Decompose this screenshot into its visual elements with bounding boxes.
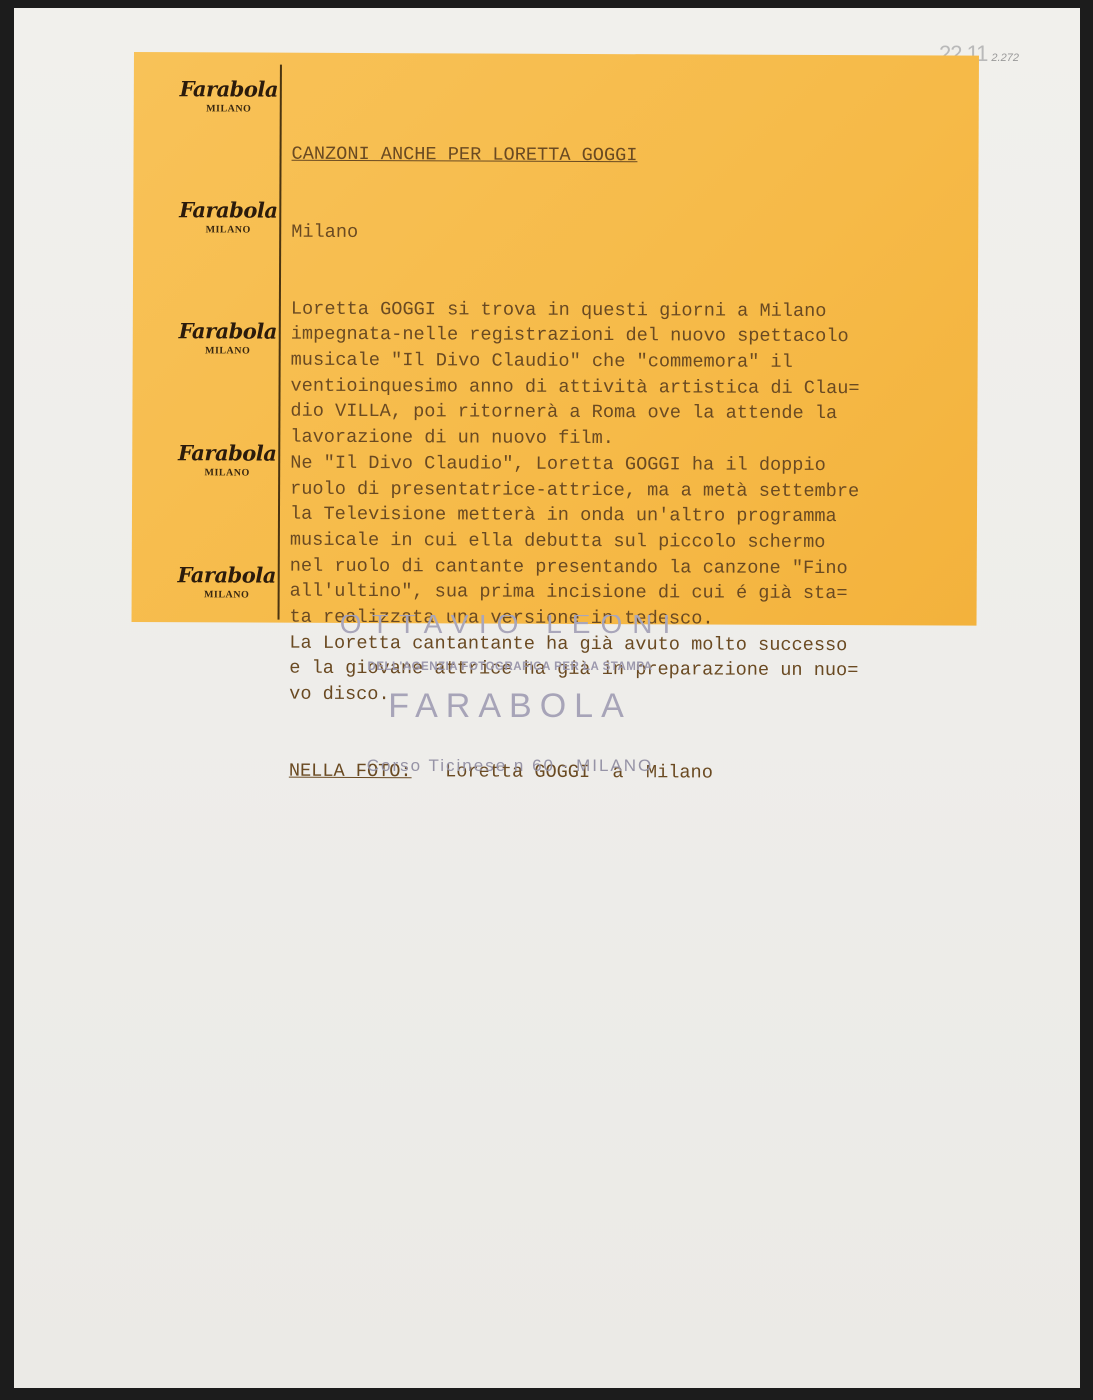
farabola-logo: Farabola MILANO <box>173 318 283 356</box>
logo-script: Farabola <box>172 562 282 587</box>
logo-script: Farabola <box>172 440 282 465</box>
stamp-brand: FARABOLA <box>330 687 690 726</box>
farabola-logo: Farabola MILANO <box>172 440 282 478</box>
caption-body-line: la Televisione metterà in onda un'altro … <box>290 502 980 531</box>
logo-city: MILANO <box>174 103 284 114</box>
logo-city: MILANO <box>173 345 283 356</box>
caption-dateline: Milano <box>291 219 981 248</box>
stamp-photographer: OTTAVIO LEONI <box>330 615 690 637</box>
logo-script: Farabola <box>173 197 283 222</box>
logo-city: MILANO <box>172 589 282 600</box>
farabola-logo: Farabola MILANO <box>174 76 284 114</box>
caption-body-line: dio VILLA, poi ritornerà a Roma ove la a… <box>290 399 980 428</box>
caption-title: CANZONI ANCHE PER LORETTA GOGGI <box>291 142 981 171</box>
caption-body-line: musicale "Il Divo Claudio" che "commemor… <box>291 348 981 377</box>
caption-body-line: ventioinquesimo anno di attività artisti… <box>290 373 980 402</box>
caption-body-line: ruolo di presentatrice-attrice, ma a met… <box>290 476 980 505</box>
farabola-logo: Farabola MILANO <box>172 562 282 600</box>
logo-script: Farabola <box>173 318 283 343</box>
caption-sheet: Farabola MILANO Farabola MILANO Farabola… <box>132 52 979 626</box>
caption-body-line: all'ultino", sua prima incisione di cui … <box>290 579 980 608</box>
stamp-address: Corso Ticinese n 60 - MILANO <box>330 756 690 776</box>
agency-stamp: OTTAVIO LEONI DELL'AGENZIA FOTOGRAFICA P… <box>330 615 690 776</box>
caption-body-line: Loretta GOGGI si trova in questi giorni … <box>291 296 981 325</box>
caption-body-line: lavorazione di un nuovo film. <box>290 425 980 454</box>
caption-body-line: nel ruolo di cantante presentando la can… <box>290 553 980 582</box>
caption-body-line: musicale in cui ella debutta sul piccolo… <box>290 528 980 557</box>
farabola-logo: Farabola MILANO <box>173 197 283 235</box>
pencil-note-sub: 2.272 <box>991 52 1019 64</box>
stamp-agency-line: DELL'AGENZIA FOTOGRAFICA PER LA STAMPA <box>330 661 690 673</box>
logo-script: Farabola <box>174 76 284 101</box>
logo-column: Farabola MILANO Farabola MILANO Farabola… <box>132 52 279 623</box>
caption-body-line: impegnata-nelle registrazioni del nuovo … <box>291 322 981 351</box>
caption-body-line: Ne "Il Divo Claudio", Loretta GOGGI ha i… <box>290 451 980 480</box>
logo-city: MILANO <box>172 467 282 478</box>
logo-city: MILANO <box>173 224 283 235</box>
